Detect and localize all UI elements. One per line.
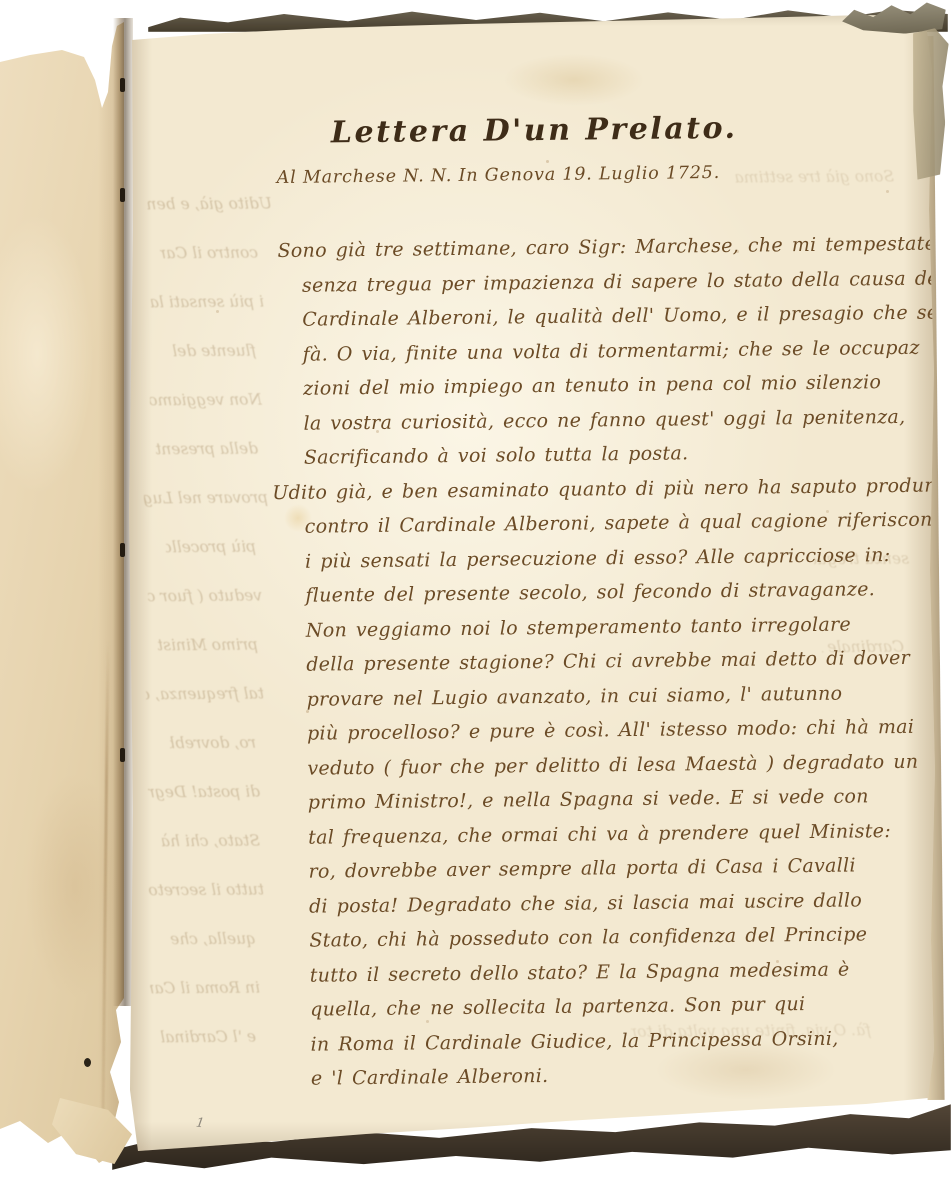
foxing-spots — [126, 10, 129, 13]
ink-showthrough: i più sensati la persecuzione di esso? A… — [146, 293, 264, 314]
ink-showthrough: ro, dovrebbe aver sempre alla porta di C… — [170, 734, 256, 755]
pencil-page-number: 1 — [195, 1115, 205, 1131]
letter-text-block: Lettera D'un Prelato. Al Marchese N. N. … — [276, 106, 951, 1096]
binding-stitch — [120, 78, 125, 92]
ink-showthrough: tal frequenza, che ormai chi va à prende… — [146, 685, 264, 706]
ink-showthrough: fluente del presente secolo, sol fecondo… — [168, 342, 256, 363]
binding-stitch — [120, 748, 125, 762]
ink-showthrough: contro il Cardinale Alberoni, sapete à q… — [160, 244, 258, 265]
ink-showthrough: veduto ( fuor che per delitto di lesa Ma… — [148, 587, 262, 608]
letter-body: Sono già tre settimane, caro Sigr: March… — [277, 226, 951, 1096]
letter-dateline: Al Marchese N. N. In Genova 19. Luglio 1… — [277, 160, 945, 188]
torn-paper-flap — [52, 1098, 132, 1164]
ink-showthrough: più procelloso? e pure è così. All' iste… — [166, 538, 256, 559]
ink-showthrough: quella, che ne sollecita la partenza. So… — [164, 930, 256, 951]
ink-showthrough: di posta! Degradato che sia, si lascia m… — [148, 783, 260, 804]
ink-showthrough: Non veggiamo noi lo stemperamento tanto … — [150, 391, 262, 412]
manuscript-photograph: Udito già, e ben esaminato quanto di più… — [0, 0, 951, 1181]
ink-showthrough: provare nel Lugio avanzato, in cui siamo… — [144, 489, 268, 510]
ink-showthrough: primo Ministro!, e nella Spagna si vede.… — [158, 636, 258, 657]
manuscript-page: Udito già, e ben esaminato quanto di più… — [126, 10, 938, 1152]
ink-showthrough: in Roma il Cardinale Giudice, la Princip… — [150, 979, 260, 1000]
ink-showthrough: Udito già, e ben esaminato quanto di più… — [144, 195, 272, 216]
letter-title: Lettera D'un Prelato. — [284, 108, 784, 153]
ink-showthrough: della presente stagione? Chi ci avrebbe … — [156, 440, 258, 461]
manuscript-line: e 'l Cardinale Alberoni. — [287, 1054, 951, 1096]
binding-stitch — [120, 188, 125, 202]
stitch-hole — [84, 1058, 91, 1067]
binding-stitch — [120, 543, 125, 557]
ink-showthrough: tutto il secreto dello stato? E la Spagn… — [144, 881, 264, 902]
ink-showthrough: Stato, chi hà posseduto con la confidenz… — [156, 832, 260, 853]
ink-showthrough: e 'l Cardinale Alberoni. — [160, 1028, 256, 1049]
